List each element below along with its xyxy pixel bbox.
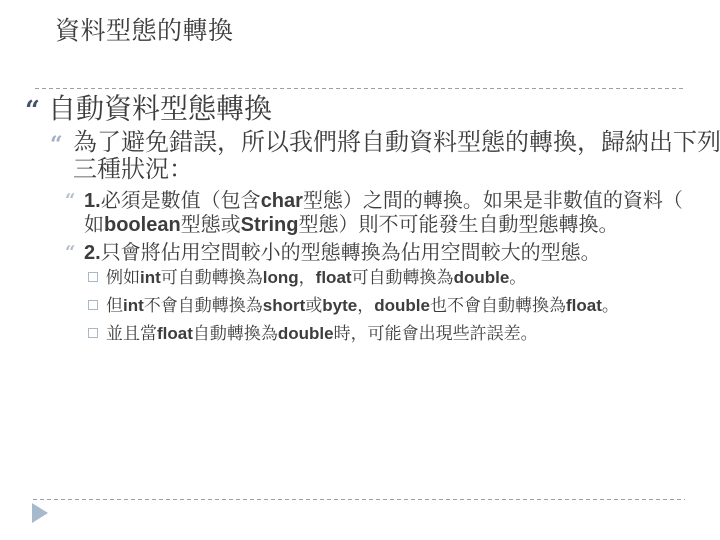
level4-item1: 例如int可自動轉換為long，float可自動轉換為double。 bbox=[106, 267, 526, 288]
slide-title: 資料型態的轉換 bbox=[55, 16, 234, 48]
level3-item1-line1: 1.必須是數值（包含char型態）之間的轉換。如果是非數值的資料（ bbox=[84, 189, 683, 213]
quote-bullet-icon: “ bbox=[65, 244, 75, 262]
level1-heading: 自動資料型態轉換 bbox=[48, 95, 272, 125]
level2-paragraph: 為了避免錯誤，所以我們將自動資料型態的轉換，歸納出下列 三種狀況： bbox=[73, 130, 720, 184]
quote-bullet-icon: “ bbox=[25, 98, 40, 124]
level3-item1-line2: 如boolean型態或String型態）則不可能發生自動型態轉換。 bbox=[84, 213, 683, 237]
quote-bullet-icon: “ bbox=[65, 192, 75, 210]
play-triangle-icon bbox=[32, 503, 48, 523]
level3-item1: 1.必須是數值（包含char型態）之間的轉換。如果是非數值的資料（ 如boole… bbox=[84, 189, 683, 237]
square-bullet-icon bbox=[88, 272, 98, 282]
bottom-dashed-divider bbox=[33, 499, 685, 500]
level2-line2: 三種狀況： bbox=[73, 157, 720, 184]
quote-bullet-icon: “ bbox=[50, 134, 63, 156]
level3-item2: 2.只會將佔用空間較小的型態轉換為佔用空間較大的型態。 bbox=[84, 241, 601, 265]
slide-canvas: 資料型態的轉換 “ 自動資料型態轉換 “ 為了避免錯誤，所以我們將自動資料型態的… bbox=[0, 0, 720, 540]
square-bullet-icon bbox=[88, 300, 98, 310]
level4-item3: 並且當float自動轉換為double時，可能會出現些許誤差。 bbox=[106, 323, 538, 344]
top-dashed-divider bbox=[35, 88, 685, 89]
square-bullet-icon bbox=[88, 328, 98, 338]
level4-item2: 但int不會自動轉換為short或byte，double也不會自動轉換為floa… bbox=[106, 295, 619, 316]
level2-line1: 為了避免錯誤，所以我們將自動資料型態的轉換，歸納出下列 bbox=[73, 130, 720, 157]
